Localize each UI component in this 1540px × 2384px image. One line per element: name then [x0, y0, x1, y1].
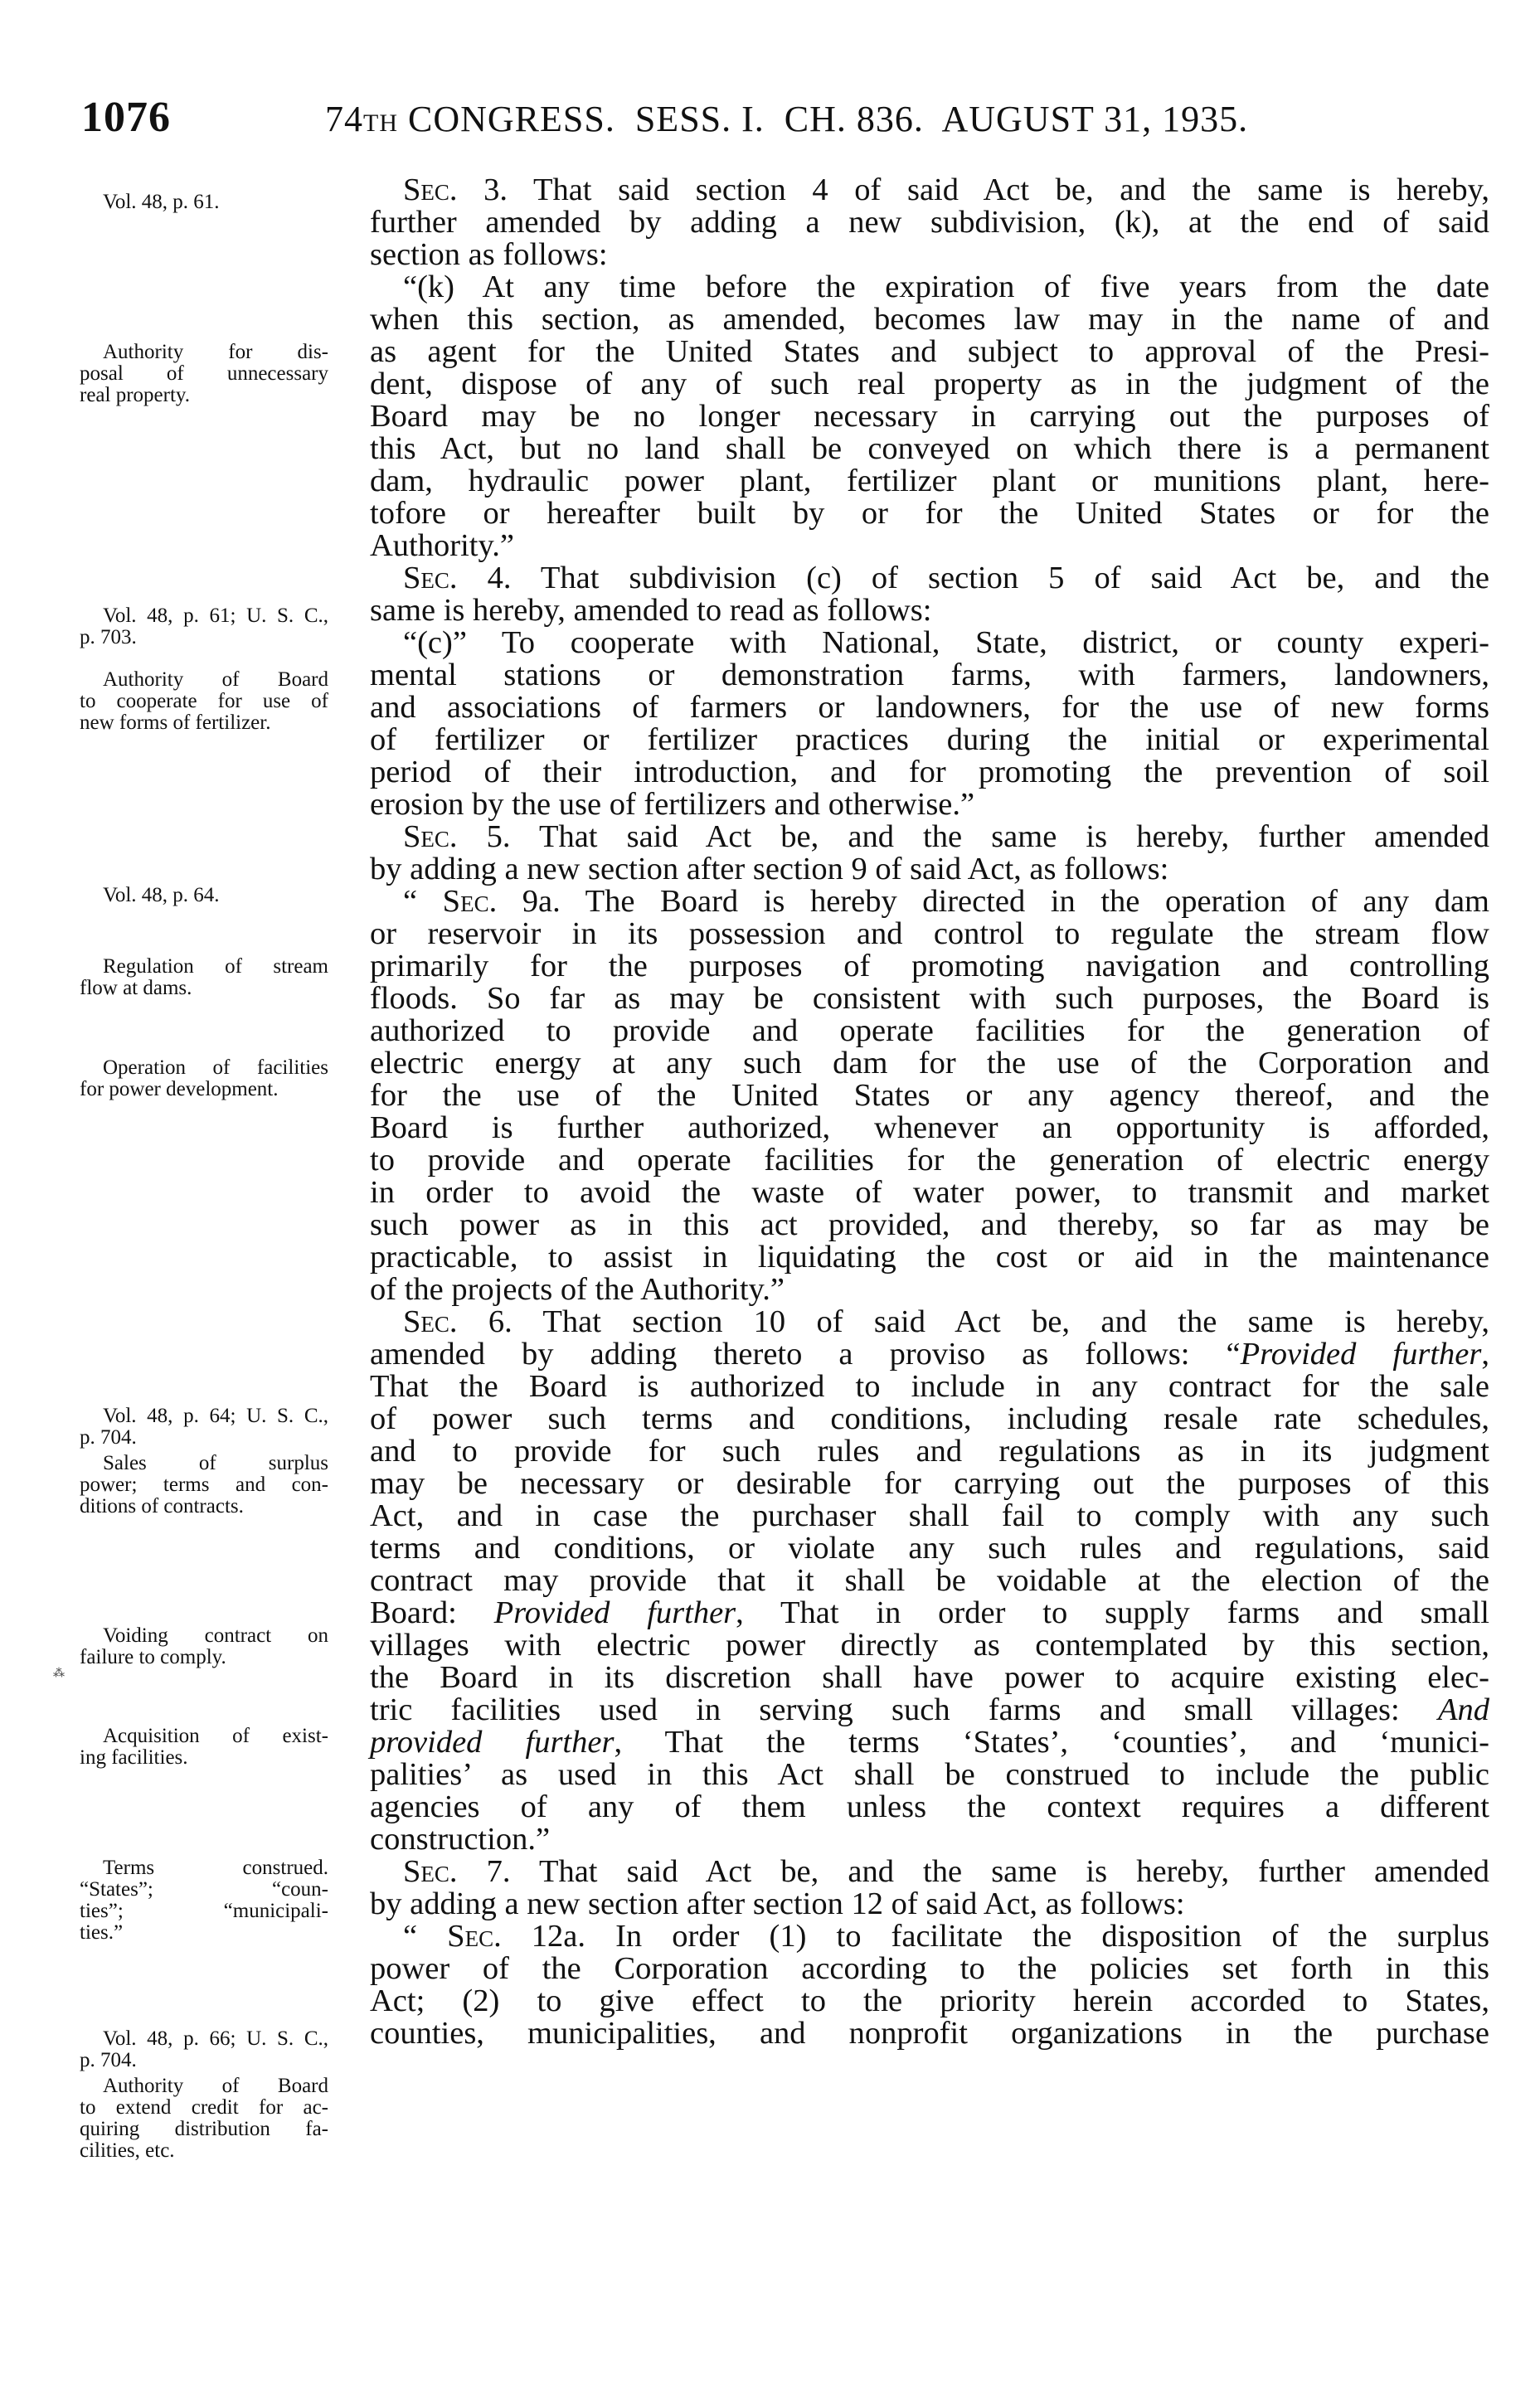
body-line: floods. So far as may be consistent with…: [370, 983, 1489, 1015]
italic-phrase: provided further: [370, 1725, 614, 1760]
margin-note-line: posal of unnecessary: [80, 363, 328, 385]
margin-note: Terms construed.“States”; “coun-ties”; “…: [80, 1857, 328, 1944]
margin-note: Authority of Boardto extend credit for a…: [80, 2076, 328, 2162]
body-line: further amended by adding a new subdivis…: [370, 206, 1489, 239]
body-line: primarily for the purposes of promoting …: [370, 950, 1489, 983]
margin-note-line: ing facilities.: [80, 1747, 328, 1769]
body-line: dent, dispose of any of such real proper…: [370, 368, 1489, 401]
body-line: provided further, That the terms ‘States…: [370, 1726, 1489, 1759]
body-line: “(c)” To cooperate with National, State,…: [370, 627, 1489, 659]
margin-note-line: Operation of facilities: [80, 1057, 328, 1079]
margin-note-line: for power development.: [80, 1079, 328, 1100]
margin-note-line: Vol. 48, p. 61.: [80, 192, 328, 213]
body-line: villages with electric power directly as…: [370, 1629, 1489, 1662]
body-line: Sec. 3. That said section 4 of said Act …: [370, 174, 1489, 206]
body-line: Board may be no longer necessary in carr…: [370, 401, 1489, 433]
body-line: by adding a new section after section 9 …: [370, 853, 1489, 886]
body-line: of fertilizer or fertilizer practices du…: [370, 724, 1489, 756]
body-line: this Act, but no land shall be conveyed …: [370, 433, 1489, 465]
body-line: Board is further authorized, whenever an…: [370, 1112, 1489, 1144]
margin-note-line: real property.: [80, 385, 328, 406]
margin-note-line: p. 704.: [80, 1427, 328, 1449]
body-line: Board: Provided further, That in order t…: [370, 1597, 1489, 1629]
body-line: may be necessary or desirable for carryi…: [370, 1468, 1489, 1500]
margin-note-line: “States”; “coun-: [80, 1879, 328, 1901]
body-text: Sec. 3. That said section 4 of said Act …: [370, 174, 1489, 2050]
body-line: or reservoir in its possession and contr…: [370, 918, 1489, 950]
body-line: section as follows:: [370, 239, 1489, 271]
body-line: mental stations or demonstration farms, …: [370, 659, 1489, 692]
congress-ordinal: 74: [325, 99, 363, 139]
margin-note: Voiding contract onfailure to comply.: [80, 1625, 328, 1668]
congress-suffix: TH: [363, 109, 398, 137]
body-line: such power as in this act provided, and …: [370, 1209, 1489, 1241]
body-line: Authority.”: [370, 530, 1489, 562]
italic-phrase: And: [1438, 1692, 1489, 1727]
section-label: Sec.: [403, 1854, 458, 1889]
margin-note: Sales of surpluspower; terms and con-dit…: [80, 1453, 328, 1517]
body-line: Sec. 4. That subdivision (c) of section …: [370, 562, 1489, 595]
body-line: Act; (2) to give effect to the priority …: [370, 1985, 1489, 2017]
body-line: same is hereby, amended to read as follo…: [370, 595, 1489, 627]
margin-note-line: Authority for dis-: [80, 342, 328, 363]
body-line: electric energy at any such dam for the …: [370, 1047, 1489, 1080]
body-line: to provide and operate facilities for th…: [370, 1144, 1489, 1177]
margin-note-line: Authority of Board: [80, 2076, 328, 2097]
margin-note-line: ties.”: [80, 1922, 328, 1944]
section-label: Sec.: [403, 1304, 458, 1339]
body-line: when this section, as amended, becomes l…: [370, 303, 1489, 336]
margin-note-line: to cooperate for use of: [80, 691, 328, 712]
body-line: That the Board is authorized to include …: [370, 1371, 1489, 1403]
body-line: as agent for the United States and subje…: [370, 336, 1489, 368]
margin-note-line: ditions of contracts.: [80, 1496, 328, 1517]
body-line: practicable, to assist in liquidating th…: [370, 1241, 1489, 1274]
margin-note-line: Acquisition of exist-: [80, 1726, 328, 1747]
margin-note: Vol. 48, p. 66; U. S. C.,p. 704.: [80, 2028, 328, 2071]
margin-note: Regulation of streamflow at dams.: [80, 956, 328, 999]
body-line: Act, and in case the purchaser shall fai…: [370, 1500, 1489, 1532]
body-line: “ Sec. 12a. In order (1) to facilitate t…: [370, 1920, 1489, 1953]
body-line: “(k) At any time before the expiration o…: [370, 271, 1489, 303]
running-head: 74TH CONGRESS. SESS. I. CH. 836. AUGUST …: [325, 98, 1248, 140]
margin-note: Vol. 48, p. 61; U. S. C.,p. 703.: [80, 605, 328, 648]
margin-note-line: power; terms and con-: [80, 1474, 328, 1496]
body-line: Sec. 7. That said Act be, and the same i…: [370, 1856, 1489, 1888]
margin-note-line: Vol. 48, p. 61; U. S. C.,: [80, 605, 328, 627]
margin-note-line: p. 703.: [80, 627, 328, 648]
margin-note-line: Terms construed.: [80, 1857, 328, 1879]
margin-note-line: Regulation of stream: [80, 956, 328, 978]
section-label: Sec.: [447, 1919, 502, 1954]
body-line: and to provide for such rules and regula…: [370, 1435, 1489, 1468]
margin-note-line: Vol. 48, p. 64.: [80, 885, 328, 906]
body-line: period of their introduction, and for pr…: [370, 756, 1489, 789]
page-number: 1076: [81, 93, 171, 142]
margin-note-line: ties”; “municipali-: [80, 1901, 328, 1922]
body-line: authorized to provide and operate facili…: [370, 1015, 1489, 1047]
body-line: tofore or hereafter built by or for the …: [370, 498, 1489, 530]
margin-note-line: quiring distribution fa-: [80, 2119, 328, 2140]
italic-phrase: Provided further: [494, 1595, 736, 1630]
body-line: in order to avoid the waste of water pow…: [370, 1177, 1489, 1209]
margin-note-line: Authority of Board: [80, 669, 328, 691]
body-line: Sec. 5. That said Act be, and the same i…: [370, 821, 1489, 853]
section-label: Sec.: [403, 819, 458, 854]
body-line: dam, hydraulic power plant, fertilizer p…: [370, 465, 1489, 498]
body-line: terms and conditions, or violate any suc…: [370, 1532, 1489, 1565]
body-line: construction.”: [370, 1823, 1489, 1856]
section-label: Sec.: [403, 561, 458, 595]
body-line: of the projects of the Authority.”: [370, 1274, 1489, 1306]
body-line: Sec. 6. That section 10 of said Act be, …: [370, 1306, 1489, 1338]
section-label: Sec.: [443, 884, 498, 919]
body-line: contract may provide that it shall be vo…: [370, 1565, 1489, 1597]
body-line: counties, municipalities, and nonprofit …: [370, 2017, 1489, 2050]
margin-note: Operation of facilitiesfor power develop…: [80, 1057, 328, 1100]
margin-note: Vol. 48, p. 61.: [80, 192, 328, 213]
margin-note: Vol. 48, p. 64; U. S. C.,p. 704.: [80, 1406, 328, 1449]
margin-note-line: Vol. 48, p. 64; U. S. C.,: [80, 1406, 328, 1427]
body-line: amended by adding thereto a proviso as f…: [370, 1338, 1489, 1371]
margin-note-line: to extend credit for ac-: [80, 2097, 328, 2119]
body-line: palities’ as used in this Act shall be c…: [370, 1759, 1489, 1791]
margin-note: Authority for dis-posal of unnecessaryre…: [80, 342, 328, 406]
margin-note-line: Voiding contract on: [80, 1625, 328, 1647]
margin-note-line: cilities, etc.: [80, 2140, 328, 2162]
italic-phrase: Provided further: [1241, 1337, 1482, 1372]
margin-note-line: Sales of surplus: [80, 1453, 328, 1474]
body-line: for the use of the United States or any …: [370, 1080, 1489, 1112]
body-line: of power such terms and conditions, incl…: [370, 1403, 1489, 1435]
margin-note: Authority of Boardto cooperate for use o…: [80, 669, 328, 734]
body-line: by adding a new section after section 12…: [370, 1888, 1489, 1920]
body-line: and associations of farmers or landowner…: [370, 692, 1489, 724]
section-label: Sec.: [403, 172, 458, 207]
margin-note-line: flow at dams.: [80, 978, 328, 999]
body-line: tric facilities used in serving such far…: [370, 1694, 1489, 1726]
body-line: erosion by the use of fertilizers and ot…: [370, 789, 1489, 821]
body-line: power of the Corporation according to th…: [370, 1953, 1489, 1985]
body-line: “ Sec. 9a. The Board is hereby directed …: [370, 886, 1489, 918]
margin-note-line: Vol. 48, p. 66; U. S. C.,: [80, 2028, 328, 2050]
margin-note: Acquisition of exist-ing facilities.: [80, 1726, 328, 1769]
print-speck: ⁂: [53, 1667, 65, 1681]
running-head-text: CONGRESS. SESS. I. CH. 836. AUGUST 31, 1…: [398, 99, 1248, 139]
margin-note-line: failure to comply.: [80, 1647, 328, 1668]
body-line: the Board in its discretion shall have p…: [370, 1662, 1489, 1694]
margin-note-line: new forms of fertilizer.: [80, 712, 328, 734]
body-line: agencies of any of them unless the conte…: [370, 1791, 1489, 1823]
margin-note: Vol. 48, p. 64.: [80, 885, 328, 906]
margin-note-line: p. 704.: [80, 2050, 328, 2071]
